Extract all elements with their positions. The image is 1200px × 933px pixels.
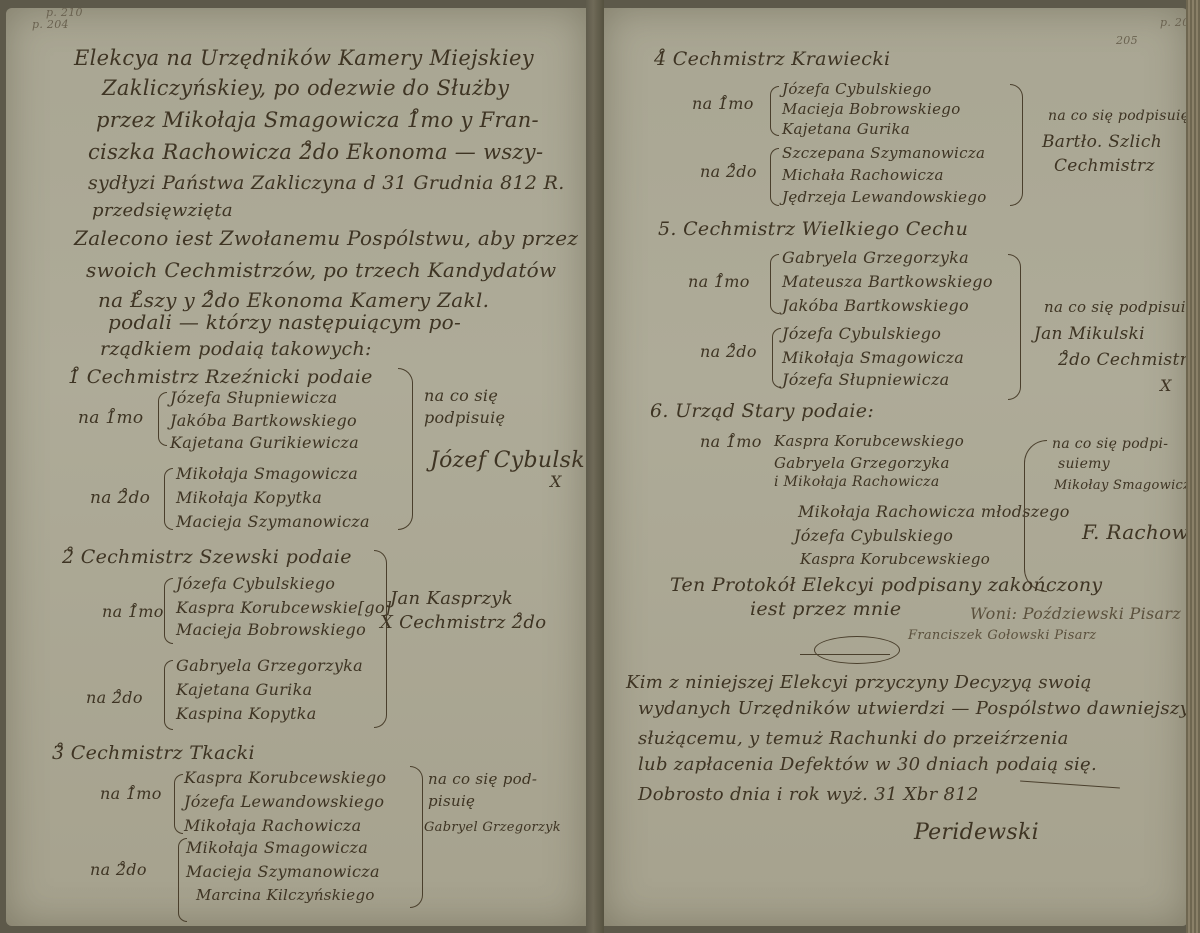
closing-line: wydanych Urzędników utwierdzi — Pospólst… <box>638 698 1188 719</box>
folio-mark: 205 <box>1116 34 1138 47</box>
closing-line: służącemu, y temuż Rachunki do przeiźrze… <box>638 728 1069 749</box>
signature-note: podpisuię <box>424 408 505 427</box>
protocol-signature: Woni: Poździewski Pisarz <box>970 604 1181 623</box>
group-label: na 2̊do <box>90 488 150 508</box>
protocol-signature: Franciszek Gołowski Pisarz <box>908 628 1096 643</box>
brace <box>770 86 779 136</box>
signature: 2̊do Cechmistrz <box>1058 350 1188 370</box>
brace <box>1008 254 1021 400</box>
flourish <box>814 636 900 664</box>
signature-note: pisuię <box>428 792 475 810</box>
heading-line: Zakliczyńskiey, po odezwie do Służby <box>102 76 509 100</box>
candidate-name: Mikołaja Kopytka <box>176 488 322 507</box>
folio-mark: p. 204 <box>32 18 69 31</box>
candidate-name: Józefa Słupniewicza <box>782 370 950 389</box>
signature: Jan Kasprzyk <box>390 588 513 609</box>
signature-note: suiemy <box>1058 456 1110 472</box>
group-label: na 2̊do <box>90 860 147 879</box>
brace <box>1024 440 1047 592</box>
binding-gutter <box>586 0 604 933</box>
group-label: na 2̊do <box>700 342 757 361</box>
candidate-name: Szczepana Szymanowicza <box>782 144 985 162</box>
closing-line: lub zapłacenia Defektów w 30 dniach poda… <box>638 754 1097 775</box>
closing-line: Kim z niniejszej Elekcyi przyczyny Decyz… <box>626 672 1092 693</box>
signature: Józef Cybulski <box>430 448 586 473</box>
candidate-name: Macieja Szymanowicza <box>186 862 380 881</box>
candidate-name: Józefa Cybulskiego <box>782 80 932 98</box>
brace <box>410 766 423 908</box>
folio-mark: p. 205 <box>1160 16 1188 29</box>
group-label: na 1̊mo <box>78 408 143 428</box>
candidate-name: Józefa Cybulskiego <box>176 574 335 593</box>
protocol-line: iest przez mnie <box>750 598 901 620</box>
brace <box>772 328 781 388</box>
group-label: na 1̊mo <box>100 784 162 803</box>
group-label: na 2̊do <box>700 162 757 181</box>
candidate-name: Kaspina Kopytka <box>176 704 317 723</box>
section-heading: 4̊ Cechmistrz Krawiecki <box>654 48 890 70</box>
signature: F. Rachowicz <box>1082 520 1188 544</box>
brace <box>164 468 173 530</box>
closing-signature: Peridewski <box>914 820 1039 845</box>
heading-line: przedsięwzięta <box>92 200 233 221</box>
candidate-name: Józefa Lewandowskiego <box>184 792 384 811</box>
signature: Mikołay Smagowicz <box>1054 478 1188 493</box>
brace <box>770 148 779 206</box>
intro-line: rządkiem podaią takowych: <box>100 338 372 360</box>
section-heading: 1̊ Cechmistrz Rzeźnicki podaie <box>68 366 373 388</box>
signature-note: na co się podpisuię <box>1044 298 1188 316</box>
intro-line: podali — którzy następuiącym po- <box>108 310 461 334</box>
brace <box>1010 84 1023 206</box>
intro-line: swoich Cechmistrzów, po trzech Kandydató… <box>86 258 556 282</box>
candidate-name: Jędrzeja Lewandowskiego <box>782 188 987 206</box>
candidate-name: Macieja Bobrowskiego <box>176 620 366 639</box>
candidate-name: Mikołaja Smagowicza <box>176 464 358 483</box>
candidate-name: i Mikołaja Rachowicza <box>774 474 940 490</box>
candidate-name: Kaspra Korubcewskiego <box>800 550 990 568</box>
candidate-name: Józefa Cybulskiego <box>794 526 953 545</box>
candidate-name: Gabryela Grzegorzyka <box>176 656 363 675</box>
candidate-name: Józefa Cybulskiego <box>782 324 941 343</box>
brace <box>174 774 183 834</box>
candidate-name: Jakóba Bartkowskiego <box>170 411 357 430</box>
manuscript-spread: p. 210 p. 204 Elekcya na Urzędników Kame… <box>0 0 1200 933</box>
brace <box>374 550 387 728</box>
group-label: na 1̊mo <box>700 432 762 451</box>
candidate-name: Macieja Bobrowskiego <box>782 100 961 118</box>
candidate-name: Macieja Szymanowicza <box>176 512 370 531</box>
brace <box>164 660 173 730</box>
signature: Bartło. Szlich <box>1042 132 1162 152</box>
intro-line: Zalecono iest Zwołanemu Pospólstwu, aby … <box>74 226 578 250</box>
intro-line: na Ł̊szy y 2̊do Ekonoma Kamery Zakl. <box>98 288 489 312</box>
candidate-name: Kaspra Korubcewskie[go] <box>176 598 391 617</box>
group-label: na 1̊mo <box>102 602 164 621</box>
heading-line: przez Mikołaja Smagowicza 1̊mo y Fran- <box>96 108 539 132</box>
divider <box>1020 781 1120 789</box>
candidate-name: Mikołaja Rachowicza <box>184 816 361 835</box>
signature-note: na co się podpi- <box>1052 436 1168 452</box>
candidate-name: Kajetana Gurika <box>176 680 312 699</box>
signature-note: na co się pod- <box>428 770 537 788</box>
candidate-name: Kaspra Korubcewskiego <box>774 432 964 450</box>
mark: X <box>550 472 562 491</box>
divider <box>800 654 890 655</box>
candidate-name: Kajetana Gurika <box>782 120 910 138</box>
candidate-name: Józefa Słupniewicza <box>170 388 338 407</box>
mark: X <box>1160 376 1172 395</box>
section-heading: 3̊ Cechmistrz Tkacki <box>52 742 255 764</box>
closing-line: Dobrosto dnia i rok wyż. 31 Xbr 812 <box>638 784 979 805</box>
signature: Cechmistrz <box>1054 156 1155 176</box>
signature: X Cechmistrz 2̊do <box>380 612 546 633</box>
brace <box>158 392 167 446</box>
brace <box>398 368 413 530</box>
candidate-name: Gabryela Grzegorzyka <box>782 248 969 267</box>
section-heading: 2̊ Cechmistrz Szewski podaie <box>62 546 352 568</box>
group-label: na 1̊mo <box>688 272 750 291</box>
candidate-name: Mikołaja Smagowicza <box>782 348 964 367</box>
brace <box>770 254 779 314</box>
candidate-name: Jakóba Bartkowskiego <box>782 296 969 315</box>
page-edges <box>1186 0 1200 933</box>
candidate-name: Mateusza Bartkowskiego <box>782 272 993 291</box>
signature-note: na co się podpisuię <box>1048 108 1188 124</box>
candidate-name: Kajetana Gurikiewicza <box>170 433 359 452</box>
brace <box>164 578 173 644</box>
candidate-name: Kaspra Korubcewskiego <box>184 768 386 787</box>
candidate-name: Michała Rachowicza <box>782 166 944 184</box>
heading-line: ciszka Rachowicza 2̊do Ekonoma — wszy- <box>88 140 543 164</box>
signature: Jan Mikulski <box>1034 324 1145 344</box>
right-page: p. 205 205 4̊ Cechmistrz Krawiecki na 1̊… <box>604 8 1188 926</box>
group-label: na 1̊mo <box>692 94 754 113</box>
heading-line: sydłyzi Państwa Zakliczyna d 31 Grudnia … <box>88 172 565 194</box>
candidate-name: Mikołaja Smagowicza <box>186 838 368 857</box>
section-heading: 5. Cechmistrz Wielkiego Cechu <box>658 218 968 240</box>
candidate-name: Gabryela Grzegorzyka <box>774 454 950 472</box>
section-heading: 6. Urząd Stary podaie: <box>650 400 874 422</box>
signature-note: na co się <box>424 386 498 405</box>
group-label: na 2̊do <box>86 688 143 707</box>
protocol-line: Ten Protokół Elekcyi podpisany zakończon… <box>670 574 1102 596</box>
signature: Gabryel Grzegorzyk <box>424 820 561 835</box>
left-page: p. 210 p. 204 Elekcya na Urzędników Kame… <box>6 8 586 926</box>
heading-line: Elekcya na Urzędników Kamery Miejskiey <box>74 46 534 70</box>
candidate-name: Marcina Kilczyńskiego <box>196 886 375 904</box>
